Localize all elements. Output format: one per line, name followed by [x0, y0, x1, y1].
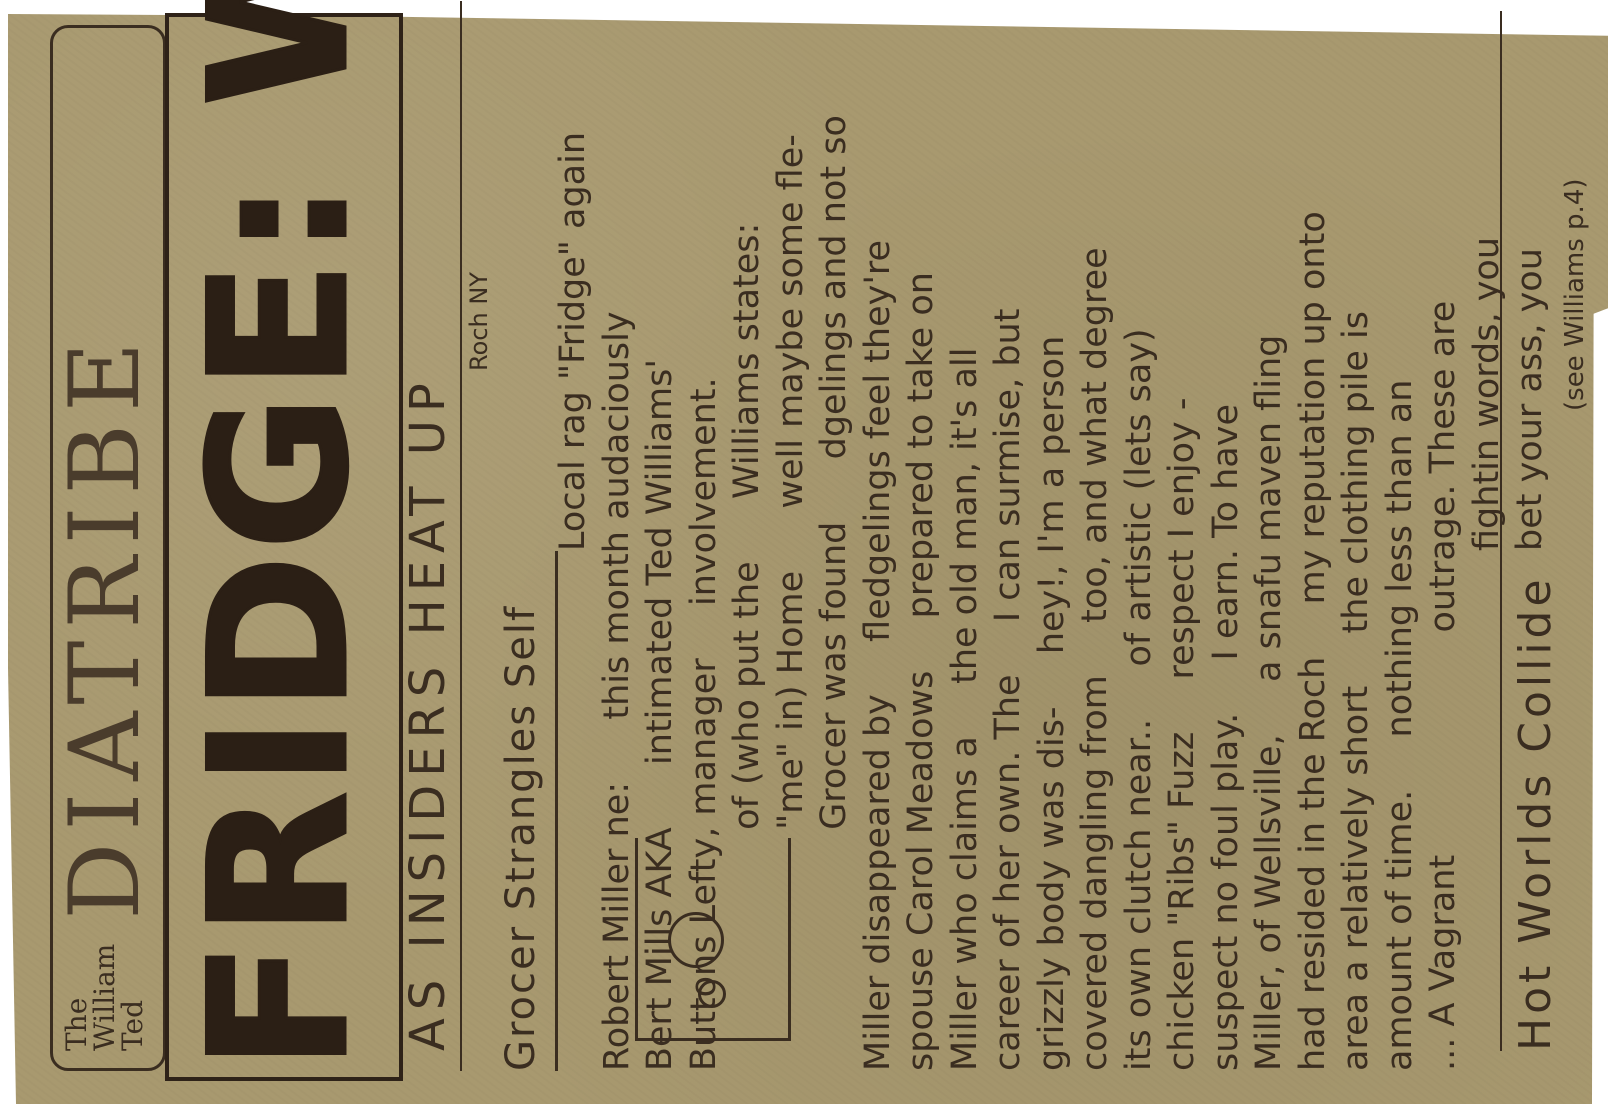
- body-line: Miller, of Wellsville, a snafu maven fli…: [1248, 11, 1292, 1071]
- masthead-the: The: [63, 944, 91, 1051]
- right-line: prepared to take on: [901, 272, 941, 618]
- body-line: of (who put the Williams states:: [726, 11, 770, 1071]
- left-line: Buttons Lefty, manager: [684, 658, 724, 1071]
- right-line: respect I enjoy -: [1162, 398, 1202, 680]
- body-line: fightin words, you: [1466, 11, 1510, 1071]
- left-line: of (who put the: [727, 561, 767, 830]
- left-line: Miller who claims a: [945, 736, 985, 1071]
- body-line: career of her own. The I can surmise, bu…: [987, 11, 1031, 1071]
- right-line: this month audaciously: [597, 311, 637, 719]
- right-line: nothing less than an: [1380, 380, 1420, 738]
- body-line: "me" in) Home well maybe some fle-: [770, 11, 814, 1071]
- masthead-william: William: [91, 944, 119, 1051]
- left-line: Miller disappeared by: [858, 694, 898, 1071]
- right-line: fledgelings feel they're: [858, 240, 898, 642]
- right-line: too, and what degree: [1075, 247, 1115, 623]
- footer-divider: [1500, 11, 1502, 1051]
- right-line: a snafu maven fling: [1249, 335, 1289, 682]
- article-title: Grocer Strangles Self: [498, 605, 544, 1071]
- left-line: ... A Vagrant: [1423, 855, 1463, 1071]
- body-line: Miller who claims a the old man, it's al…: [944, 11, 988, 1071]
- masthead-byline: The William Ted: [63, 944, 147, 1051]
- right-line: well maybe some fle-: [771, 134, 811, 508]
- left-line: covered dangling from: [1075, 675, 1115, 1071]
- right-line: outrage. These are: [1423, 301, 1463, 633]
- masthead: The William Ted DIATRIBE: [55, 31, 155, 1051]
- right-line: I earn. To have: [1206, 404, 1246, 660]
- body-line: Robert Miller ne: this month audaciously: [596, 11, 640, 1071]
- right-line: of artistic (lets say): [1119, 328, 1159, 666]
- left-line: Miller, of Wellsville,: [1249, 734, 1289, 1071]
- left-line: Bert Mills AKA: [640, 827, 680, 1071]
- left-line: its own clutch near..: [1119, 719, 1159, 1071]
- left-line: area a relatively short: [1336, 686, 1376, 1071]
- right-line: the old man, it's all: [945, 348, 985, 684]
- rotated-page: The William Ted DIATRIBE FRIDGE: WAKO!! …: [0, 0, 1620, 1111]
- body-line: ... A Vagrant outrage. These are: [1422, 11, 1466, 1071]
- headline: FRIDGE: WAKO!!: [170, 31, 390, 1071]
- body-line: had resided in the Roch my reputation up…: [1292, 11, 1336, 1071]
- left-line: career of her own. The: [988, 674, 1028, 1071]
- body-line: its own clutch near.. of artistic (lets …: [1118, 11, 1162, 1071]
- left-line: Robert Miller ne:: [597, 782, 637, 1071]
- body-line: amount of time. nothing less than an: [1379, 11, 1423, 1071]
- right-line: Williams states:: [727, 223, 767, 499]
- left-line: "me" in) Home: [771, 571, 811, 830]
- masthead-ted: Ted: [119, 944, 147, 1051]
- dateline: Roch NY: [465, 272, 493, 371]
- body-line: Buttons Lefty, manager involvement.: [683, 11, 727, 1071]
- right-line: involvement.: [684, 377, 724, 606]
- right-line: the clothing pile is: [1336, 311, 1376, 633]
- masthead-title: DIATRIBE: [49, 330, 161, 920]
- left-line: had resided in the Roch: [1293, 657, 1333, 1071]
- section-divider: [460, 1, 462, 1071]
- body-line: Grocer was found dgelings and not so: [813, 11, 857, 1071]
- left-line: suspect no foul play.: [1206, 713, 1246, 1071]
- left-line: grizzly body was dis-: [1032, 706, 1072, 1071]
- footer-headline: Hot Worlds Collide: [1510, 575, 1561, 1051]
- left-line: spouse Carol Meadows: [901, 671, 941, 1071]
- body-line: Bert Mills AKA intimated Ted Williams': [639, 11, 683, 1071]
- article-body: Local rag "Fridge" again Robert Miller n…: [552, 11, 1553, 1071]
- left-line: chicken "Ribs" Fuzz: [1162, 732, 1202, 1071]
- body-line: suspect no foul play. I earn. To have: [1205, 11, 1249, 1071]
- body-line: area a relatively short the clothing pil…: [1335, 11, 1379, 1071]
- body-line: chicken "Ribs" Fuzz respect I enjoy -: [1161, 11, 1205, 1071]
- body-line: covered dangling from too, and what degr…: [1074, 11, 1118, 1071]
- body-line: grizzly body was dis- hey!, I'm a person: [1031, 11, 1075, 1071]
- left-line: amount of time.: [1380, 790, 1420, 1071]
- right-line: dgelings and not so: [814, 115, 854, 459]
- right-line: hey!, I'm a person: [1032, 336, 1072, 654]
- right-line: my reputation up onto: [1293, 211, 1333, 604]
- body-line: Local rag "Fridge" again: [552, 11, 596, 1071]
- subheadline: AS INSIDERS HEAT UP: [400, 11, 456, 1051]
- body-line: spouse Carol Meadows prepared to take on: [900, 11, 944, 1071]
- left-line: Grocer was found: [814, 522, 854, 830]
- body-line: Miller disappeared by fledgelings feel t…: [857, 11, 901, 1071]
- page-reference: (see Williams p.4): [1560, 178, 1590, 411]
- right-line: intimated Ted Williams': [640, 359, 680, 765]
- right-line: I can surmise, but: [988, 309, 1028, 623]
